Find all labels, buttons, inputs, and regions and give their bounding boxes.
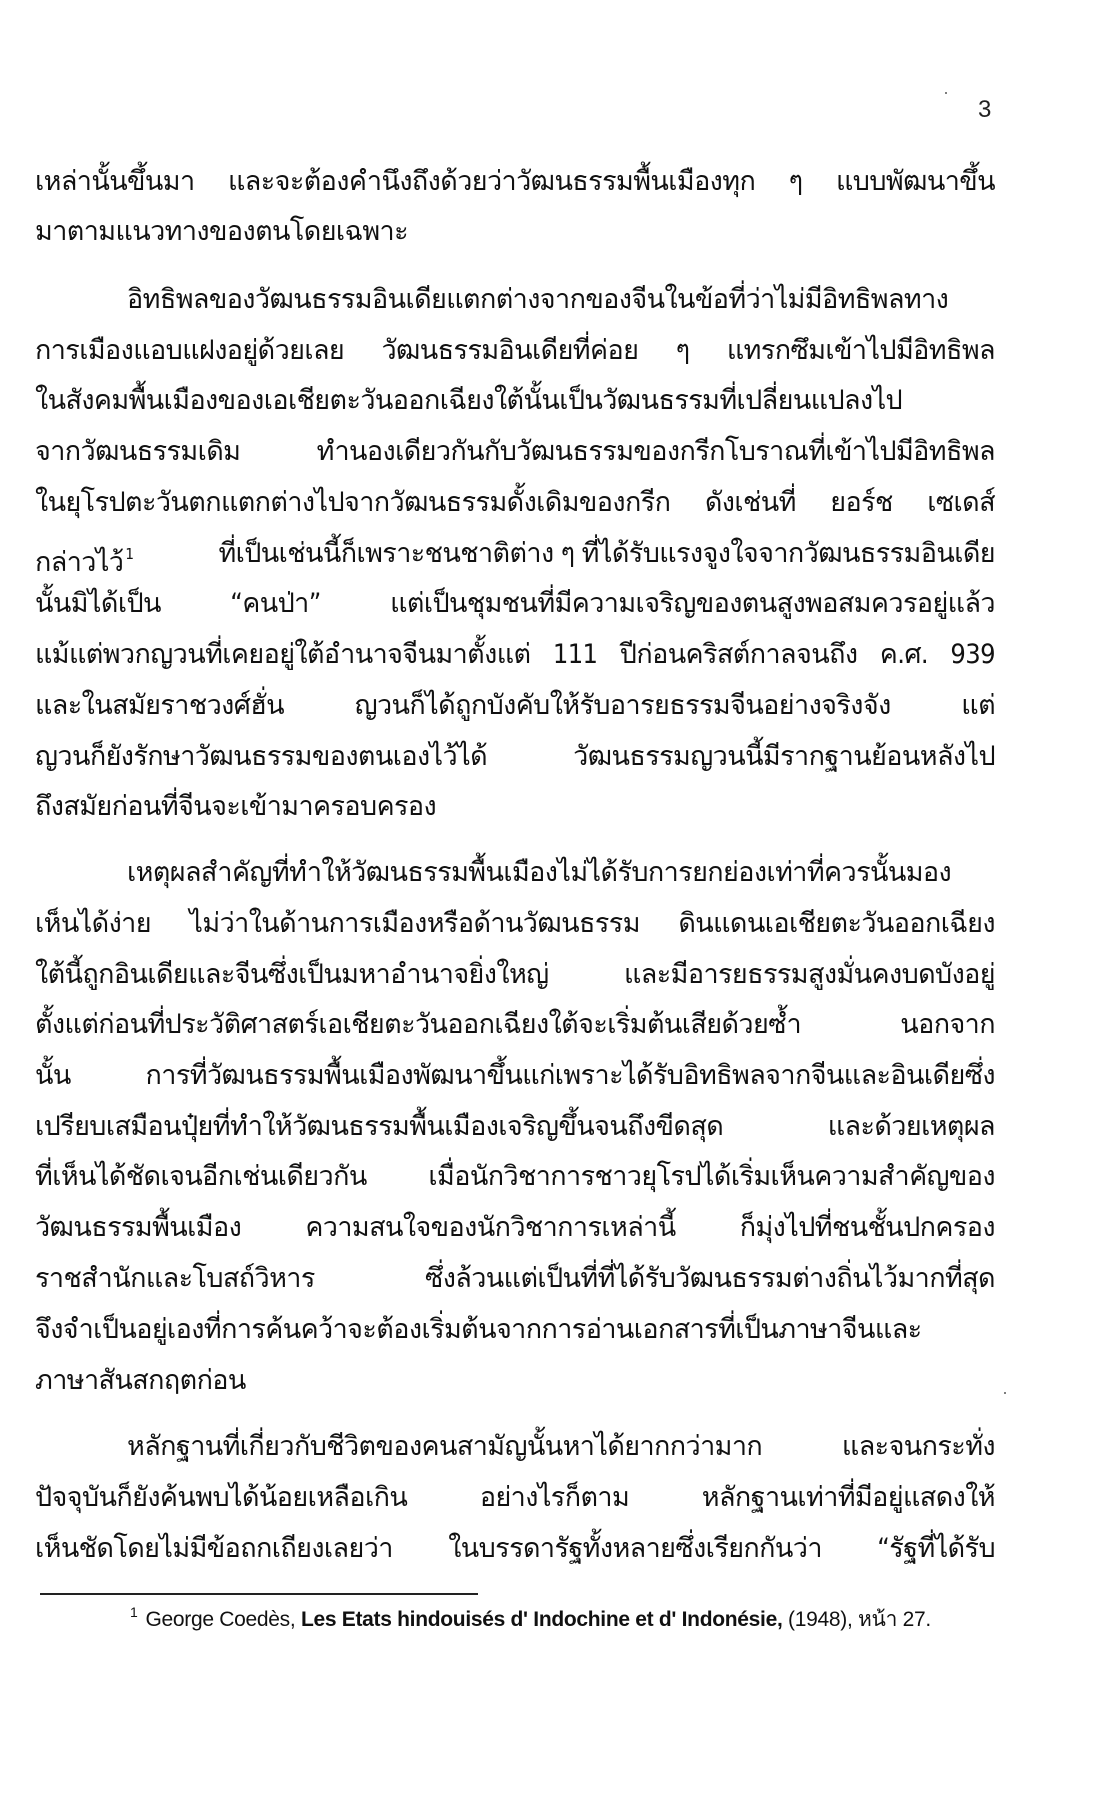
footnote-reference[interactable]: 1 <box>125 545 133 563</box>
text-fragment: ที่เป็นเช่นนี้ก็เพราะชนชาติต่าง ๆ ที่ได้… <box>188 537 995 571</box>
footnote-title: Les Etats hindouisés d' Indochine et d' … <box>301 1608 783 1631</box>
footnote-year: (1948), <box>783 1608 859 1631</box>
text-line: หลักฐานที่เกี่ยวกับชีวิตของคนสามัญนั้นหา… <box>127 1430 995 1464</box>
text-line: ปัจจุบันก็ยังค้นพบได้น้อยเหลือเกิน อย่าง… <box>35 1481 995 1515</box>
text-line: มาตามแนวทางของตนโดยเฉพาะ <box>35 215 995 249</box>
text-line: และในสมัยราชวงศ์ฮั่น ญวนก็ได้ถูกบังคับให… <box>35 689 995 723</box>
text-line: การเมืองแอบแฝงอยู่ด้วยเลย วัฒนธรรมอินเดี… <box>35 334 995 368</box>
text-line: ตั้งแต่ก่อนที่ประวัติศาสตร์เอเชียตะวันออ… <box>35 1008 995 1042</box>
footnote-author: George Coedès, <box>146 1608 301 1631</box>
text-line: อิทธิพลของวัฒนธรรมอินเดียแตกต่างจากของจี… <box>127 283 995 317</box>
text-line: วัฒนธรรมพื้นเมือง ความสนใจของนักวิชาการเ… <box>35 1211 995 1245</box>
text-line: กล่าวไว้1 ที่เป็นเช่นนี้ก็เพราะชนชาติต่า… <box>35 537 995 571</box>
scan-speck <box>945 92 947 94</box>
footnote-divider <box>40 1593 478 1595</box>
text-line: จากวัฒนธรรมเดิม ทำนองเดียวกันกับวัฒนธรรม… <box>35 435 995 469</box>
text-line: ญวนก็ยังรักษาวัฒนธรรมของตนเองไว้ได้ วัฒน… <box>35 740 995 774</box>
text-line: ภาษาสันสกฤตก่อน <box>35 1364 995 1398</box>
text-segment: กล่าวไว้ <box>35 547 123 578</box>
text-line: เห็นชัดโดยไม่มีข้อถกเถียงเลยว่า ในบรรดาร… <box>35 1532 995 1566</box>
footnote-mark: 1 <box>130 1604 138 1620</box>
text-line: ที่เห็นได้ชัดเจนอีกเช่นเดียวกัน เมื่อนัก… <box>35 1160 995 1194</box>
text-line: เหตุผลสำคัญที่ทำให้วัฒนธรรมพื้นเมืองไม่ไ… <box>127 856 995 890</box>
scan-speck <box>1004 1392 1006 1394</box>
text-line: ในยุโรปตะวันตกแตกต่างไปจากวัฒนธรรมดั้งเด… <box>35 486 995 520</box>
text-line: เปรียบเสมือนปุ๋ยที่ทำให้วัฒนธรรมพื้นเมือ… <box>35 1110 995 1144</box>
text-line: ใต้นี้ถูกอินเดียและจีนซึ่งเป็นมหาอำนาจยิ… <box>35 958 995 992</box>
text-line: ราชสำนักและโบสถ์วิหาร ซึ่งล้วนแต่เป็นที่… <box>35 1262 995 1296</box>
text-line: เหล่านั้นขึ้นมา และจะต้องคำนึงถึงด้วยว่า… <box>35 165 995 199</box>
text-line: เห็นได้ง่าย ไม่ว่าในด้านการเมืองหรือด้าน… <box>35 907 995 941</box>
text-line: นั้นมิได้เป็น “คนป่า” แต่เป็นชุมชนที่มีค… <box>35 587 995 621</box>
text-line: ถึงสมัยก่อนที่จีนจะเข้ามาครอบครอง <box>35 790 995 824</box>
text-fragment: กล่าวไว้1 <box>35 537 133 571</box>
footnote: 1George Coedès, Les Etats hindouisés d' … <box>130 1603 931 1636</box>
text-line: นั้น การที่วัฒนธรรมพื้นเมืองพัฒนาขึ้นแก่… <box>35 1059 995 1093</box>
page-number: 3 <box>978 96 991 124</box>
footnote-page-ref: หน้า 27. <box>858 1608 931 1631</box>
text-line: จึงจำเป็นอยู่เองที่การค้นคว้าจะต้องเริ่ม… <box>35 1313 995 1347</box>
text-line: ในสังคมพื้นเมืองของเอเชียตะวันออกเฉียงใต… <box>35 384 995 418</box>
text-line: แม้แต่พวกญวนที่เคยอยู่ใต้อำนาจจีนมาตั้งแ… <box>35 638 995 672</box>
